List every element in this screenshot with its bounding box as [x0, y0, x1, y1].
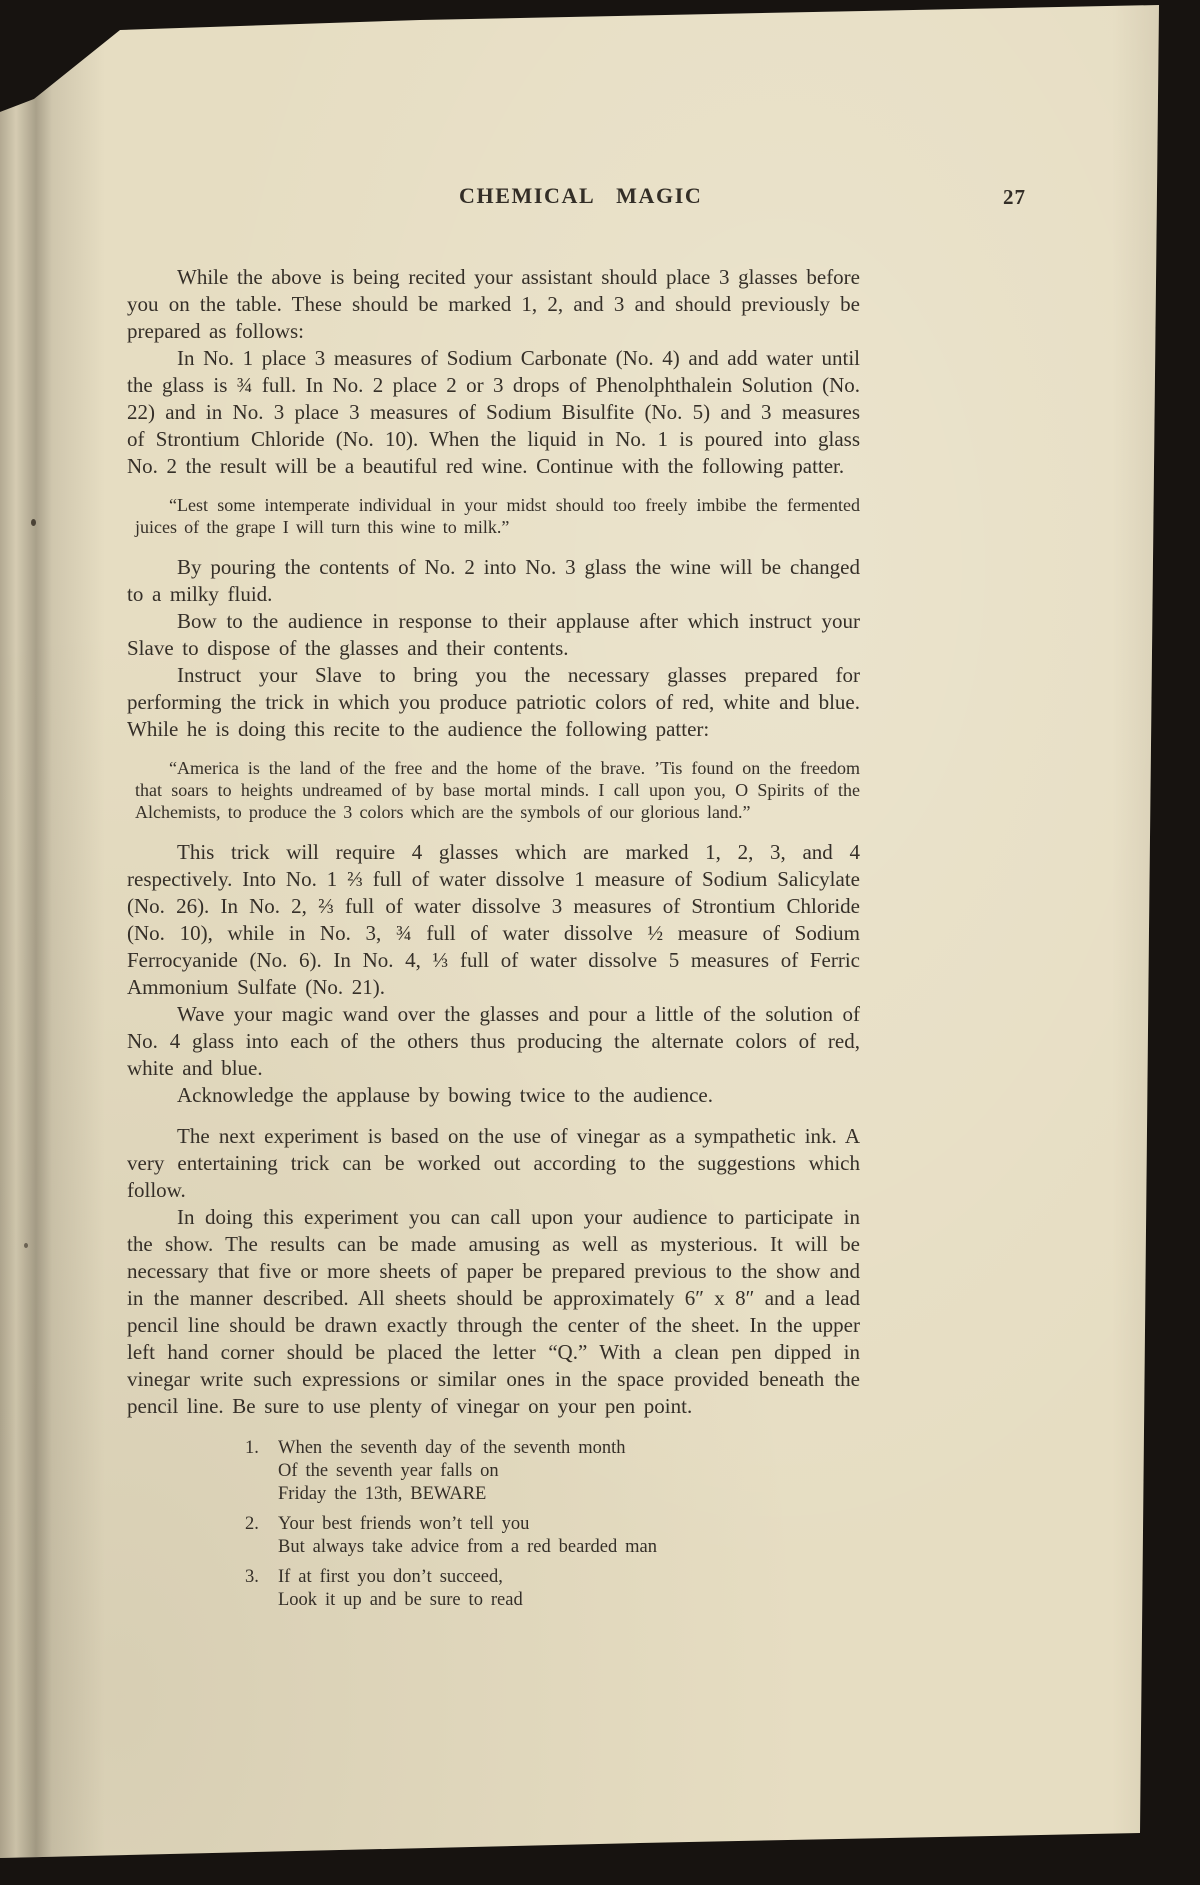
paragraph: In doing this experiment you can call up… — [127, 1204, 860, 1420]
patter-quote: “America is the land of the free and the… — [135, 757, 860, 823]
book-spine-shadow — [0, 0, 110, 1885]
patter-quote: “Lest some intemperate individual in you… — [135, 494, 860, 538]
numbered-list: 1. When the seventh day of the seventh m… — [127, 1437, 860, 1612]
scanned-book-page: CHEMICAL MAGIC 27 While the above is bei… — [0, 0, 1200, 1885]
page-number: 27 — [1003, 185, 1026, 210]
paragraph: The next experiment is based on the use … — [127, 1123, 860, 1204]
paragraph: In No. 1 place 3 measures of Sodium Carb… — [127, 345, 860, 480]
paragraph: Acknowledge the applause by bowing twice… — [127, 1082, 860, 1109]
paragraph: While the above is being recited your as… — [127, 264, 860, 345]
paragraph: Wave your magic wand over the glasses an… — [127, 1001, 860, 1082]
list-item-text: If at first you don’t succeed, Look it u… — [278, 1566, 523, 1612]
paragraph: Instruct your Slave to bring you the nec… — [127, 662, 860, 743]
page-edge-shadow — [1092, 0, 1182, 1885]
paragraph: Bow to the audience in response to their… — [127, 608, 860, 662]
dust-speck — [31, 519, 36, 526]
list-item-number: 2. — [245, 1513, 278, 1559]
list-item: 3. If at first you don’t succeed, Look i… — [245, 1566, 860, 1612]
list-item-text: Your best friends won’t tell you But alw… — [278, 1513, 657, 1559]
body-text-block: While the above is being recited your as… — [127, 264, 860, 1619]
paragraph: By pouring the contents of No. 2 into No… — [127, 554, 860, 608]
page-title: CHEMICAL MAGIC — [459, 183, 702, 209]
paragraph: This trick will require 4 glasses which … — [127, 839, 860, 1001]
list-item-text: When the seventh day of the seventh mont… — [278, 1437, 626, 1506]
list-item: 2. Your best friends won’t tell you But … — [245, 1513, 860, 1559]
list-item-number: 1. — [245, 1437, 278, 1506]
list-item: 1. When the seventh day of the seventh m… — [245, 1437, 860, 1506]
list-item-number: 3. — [245, 1566, 278, 1612]
dust-speck — [24, 1243, 28, 1248]
